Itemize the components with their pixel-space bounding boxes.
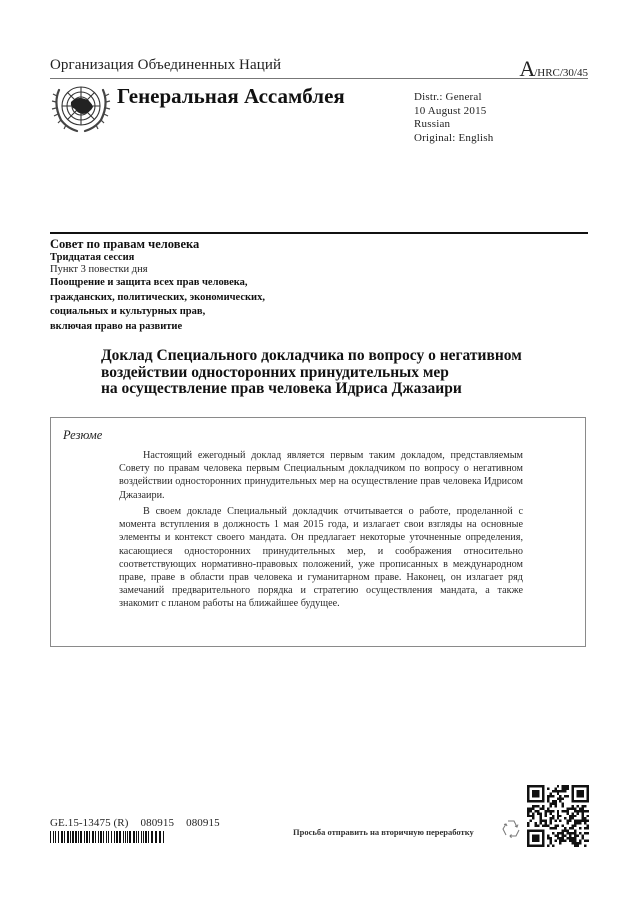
document-language: Russian	[414, 118, 493, 132]
distribution-type: Distr.: General	[414, 91, 493, 105]
body-title: Генеральная Ассамблея	[117, 84, 345, 109]
agenda-title-line: Поощрение и защита всех прав человека,	[50, 276, 265, 291]
job-number-line: GE.15-13475 (R)080915080915	[50, 817, 232, 829]
session-name: Тридцатая сессия	[50, 252, 134, 263]
report-title: Доклад Специального докладчика по вопрос…	[101, 348, 522, 398]
agenda-title-line: гражданских, политических, экономических…	[50, 291, 265, 306]
summary-paragraph: В своем докладе Специальный докладчик от…	[119, 505, 523, 611]
print-date: 080915	[186, 817, 220, 829]
report-title-line: воздействии односторонних принудительных…	[101, 365, 522, 382]
job-number: GE.15-13475 (R)	[50, 817, 129, 829]
qr-code-icon	[527, 785, 589, 847]
summary-heading: Резюме	[63, 428, 102, 443]
organization-name: Организация Объединенных Наций	[50, 57, 281, 74]
original-language: Original: English	[414, 132, 493, 146]
agenda-title: Поощрение и защита всех прав человека, г…	[50, 276, 265, 334]
section-rule	[50, 232, 588, 234]
report-title-line: на осуществление прав человека Идриса Дж…	[101, 381, 522, 398]
summary-paragraph: Настоящий ежегодный доклад является перв…	[119, 449, 523, 502]
recycle-note: Просьба отправить на вторичную переработ…	[293, 827, 474, 837]
agenda-title-line: включая право на развитие	[50, 320, 265, 335]
agenda-item: Пункт 3 повестки дня	[50, 264, 148, 275]
header-rule	[50, 78, 588, 79]
report-title-line: Доклад Специального докладчика по вопрос…	[101, 348, 522, 365]
council-name: Совет по правам человека	[50, 237, 199, 252]
barcode-icon	[50, 831, 164, 843]
document-date: 10 August 2015	[414, 105, 493, 119]
distribution-block: Distr.: General 10 August 2015 Russian O…	[414, 91, 493, 145]
agenda-title-line: социальных и культурных прав,	[50, 305, 265, 320]
un-emblem-icon	[51, 80, 111, 134]
print-date: 080915	[141, 817, 175, 829]
recycle-icon	[500, 817, 522, 841]
